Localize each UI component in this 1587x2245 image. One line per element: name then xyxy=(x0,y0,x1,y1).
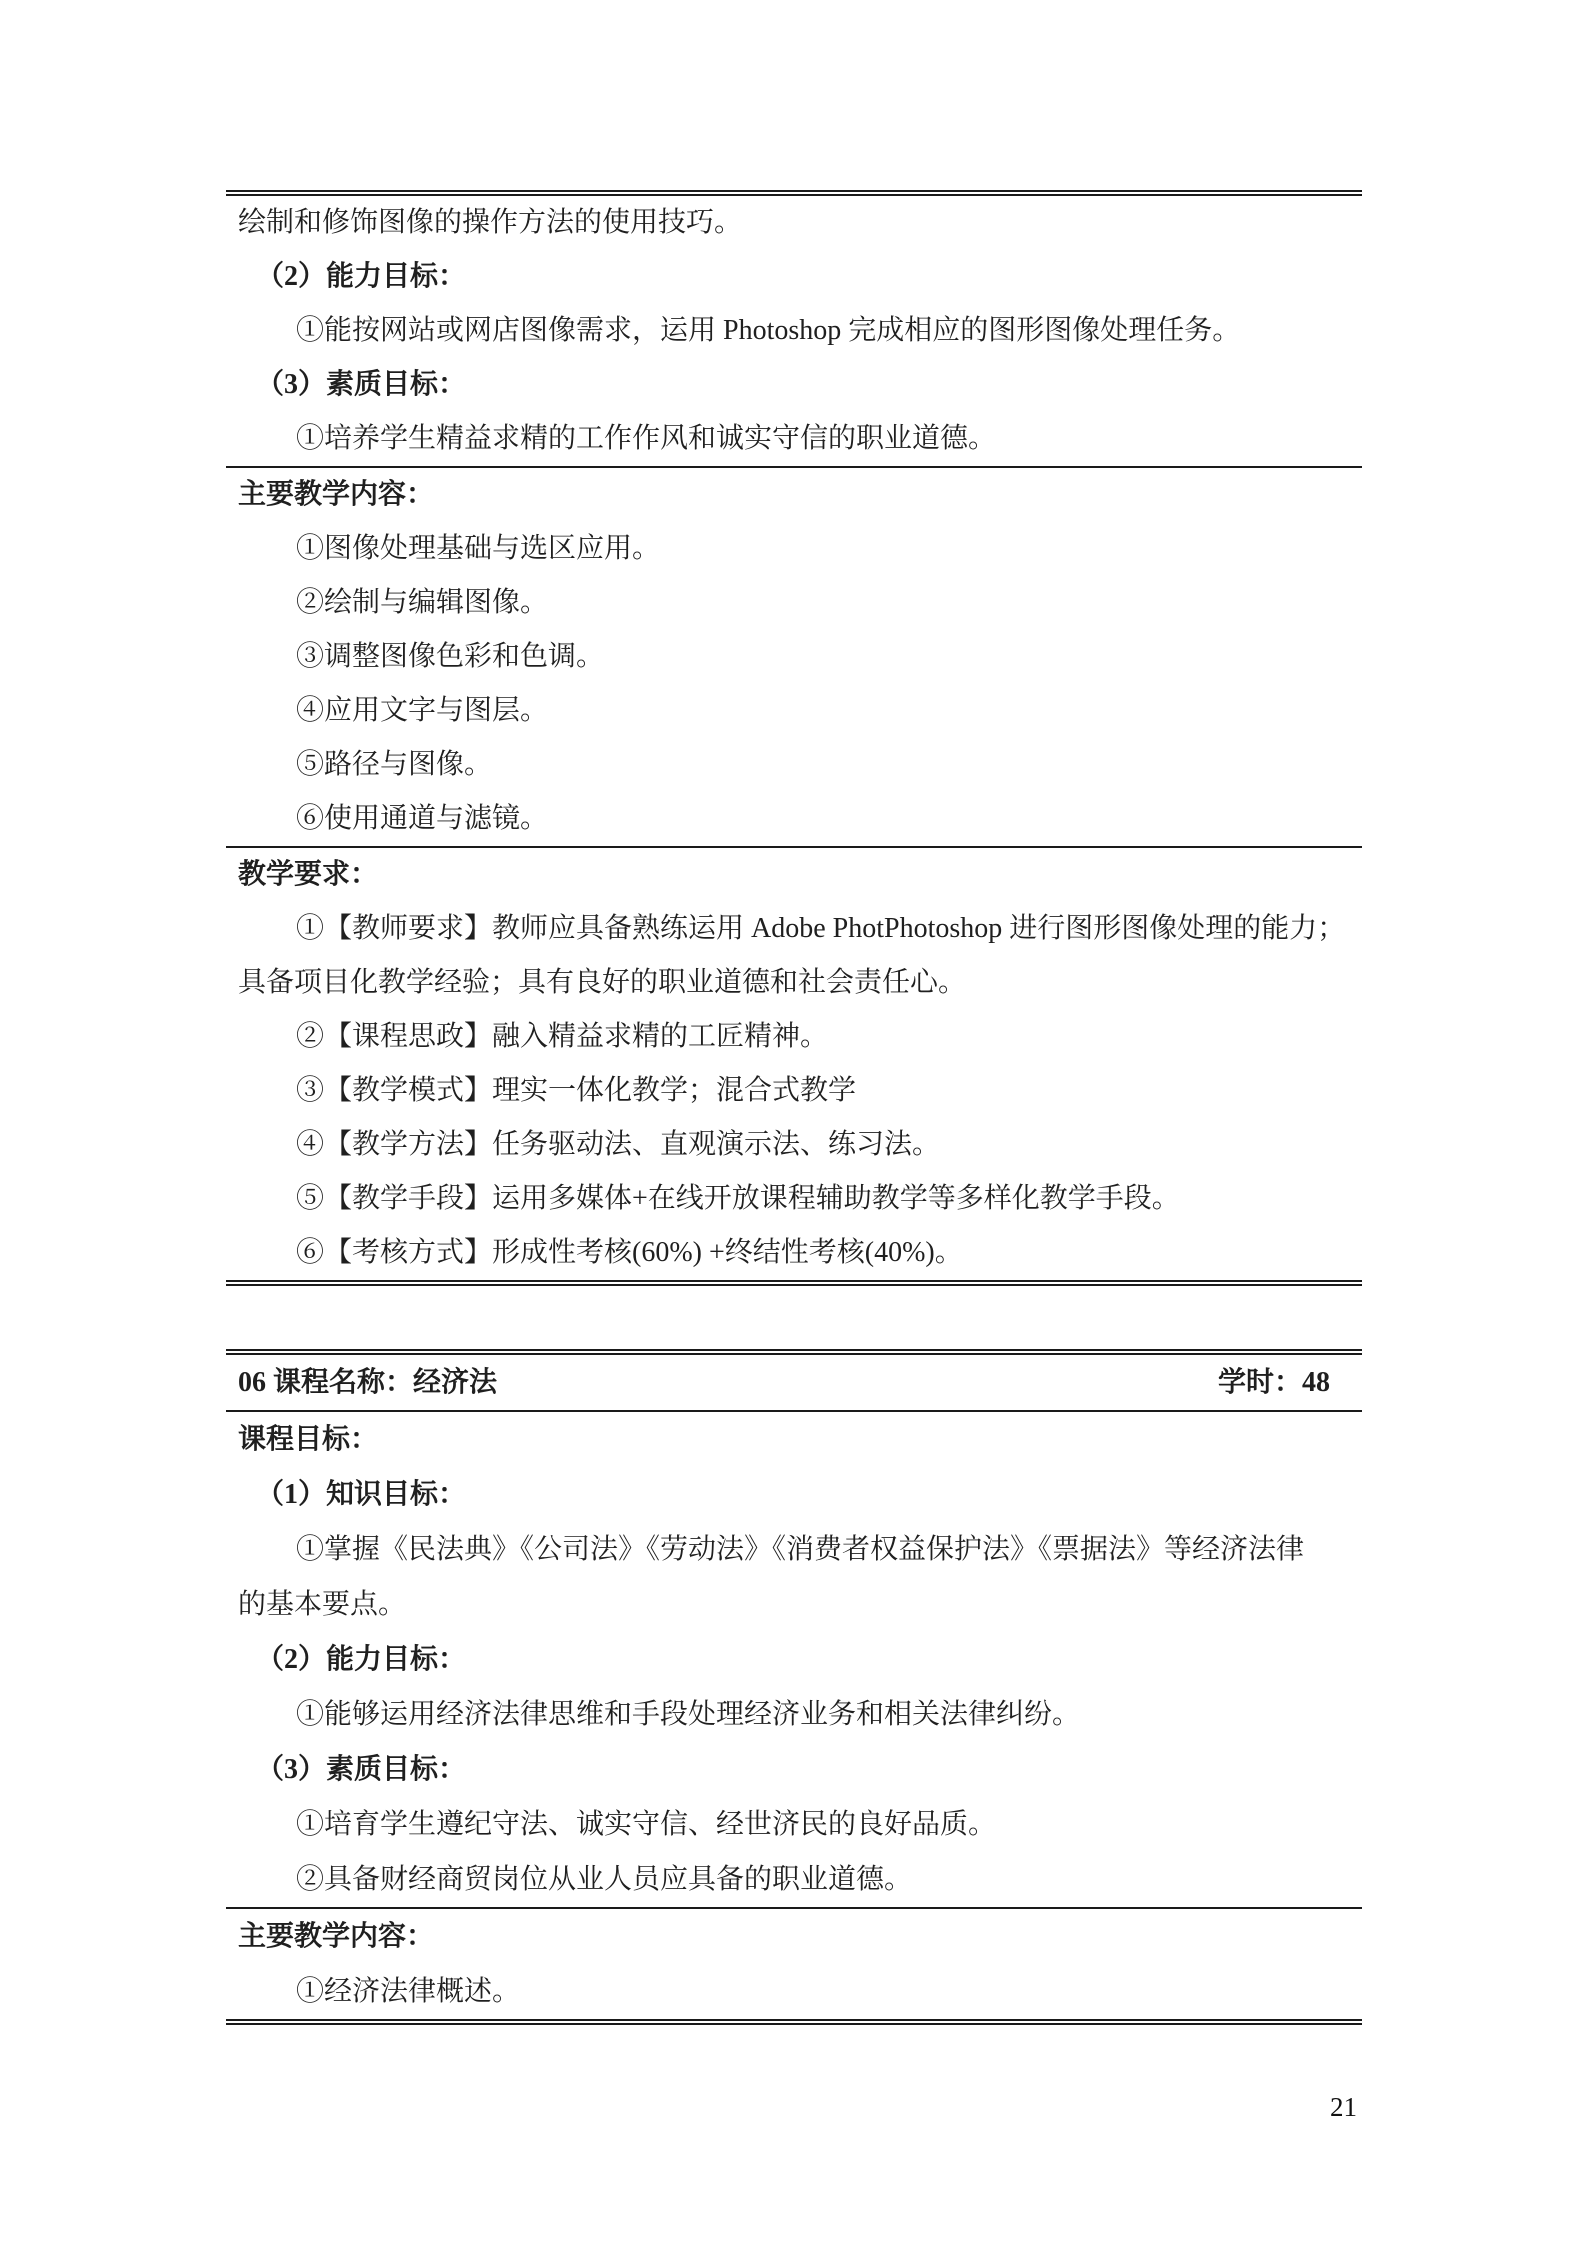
course-title: 06 课程名称：经济法 xyxy=(238,1355,497,1410)
course-goal-heading: 课程目标： xyxy=(226,1412,1362,1467)
quality-objective-item: ①培养学生精益求精的工作作风和诚实守信的职业道德。 xyxy=(226,412,1362,466)
quality-objective-heading: （3）素质目标： xyxy=(226,1742,1362,1797)
knowledge-objective-item-wrap: 的基本要点。 xyxy=(226,1577,1362,1632)
document-page: 绘制和修饰图像的操作方法的使用技巧。 （2）能力目标： ①能按网站或网店图像需求… xyxy=(0,0,1587,2245)
quality-objective-heading: （3）素质目标： xyxy=(226,358,1362,412)
quality-objective-item: ①培育学生遵纪守法、诚实守信、经世济民的良好品质。 xyxy=(226,1797,1362,1852)
teaching-requirement-item: ⑤【教学手段】运用多媒体+在线开放课程辅助教学等多样化教学手段。 xyxy=(226,1172,1362,1226)
teaching-content-item: ⑥使用通道与滤镜。 xyxy=(226,792,1362,846)
page-number: 21 xyxy=(1330,2090,1357,2124)
table-bottom-border xyxy=(226,1280,1362,1286)
course-hours: 学时：48 xyxy=(1218,1355,1330,1410)
course05-table: 绘制和修饰图像的操作方法的使用技巧。 （2）能力目标： ①能按网站或网店图像需求… xyxy=(226,190,1362,1286)
quality-objective-item: ②具备财经商贸岗位从业人员应具备的职业道德。 xyxy=(226,1852,1362,1907)
table-bottom-border xyxy=(226,2019,1362,2025)
ability-objective-heading: （2）能力目标： xyxy=(226,1632,1362,1687)
teaching-content-item: ⑤路径与图像。 xyxy=(226,738,1362,792)
knowledge-objective-heading: （1）知识目标： xyxy=(226,1467,1362,1522)
knowledge-objective-item: ①掌握《民法典》《公司法》《劳动法》《消费者权益保护法》《票据法》等经济法律 xyxy=(226,1522,1362,1577)
course-header-row: 06 课程名称：经济法 学时：48 xyxy=(226,1355,1362,1410)
teaching-content-item: ①经济法律概述。 xyxy=(226,1964,1362,2019)
teaching-content-item: ③调整图像色彩和色调。 xyxy=(226,630,1362,684)
teaching-requirement-item: ⑥【考核方式】形成性考核(60%) +终结性考核(40%)。 xyxy=(226,1226,1362,1280)
teaching-requirement-item: ④【教学方法】任务驱动法、直观演示法、练习法。 xyxy=(226,1118,1362,1172)
teaching-requirement-item: ③【教学模式】理实一体化教学；混合式教学 xyxy=(226,1064,1362,1118)
teaching-requirement-item: ①【教师要求】教师应具备熟练运用 Adobe PhotPhotoshop 进行图… xyxy=(226,902,1362,956)
ability-objective-heading: （2）能力目标： xyxy=(226,250,1362,304)
teaching-content-heading: 主要教学内容： xyxy=(226,468,1362,522)
teaching-content-item: ①图像处理基础与选区应用。 xyxy=(226,522,1362,576)
teaching-requirement-item: ②【课程思政】融入精益求精的工匠精神。 xyxy=(226,1010,1362,1064)
course06-table: 06 课程名称：经济法 学时：48 课程目标： （1）知识目标： ①掌握《民法典… xyxy=(226,1349,1362,2025)
continuation-text: 绘制和修饰图像的操作方法的使用技巧。 xyxy=(226,196,1362,250)
teaching-requirement-item-wrap: 具备项目化教学经验；具有良好的职业道德和社会责任心。 xyxy=(226,956,1362,1010)
teaching-content-item: ②绘制与编辑图像。 xyxy=(226,576,1362,630)
ability-objective-item: ①能按网站或网店图像需求，运用 Photoshop 完成相应的图形图像处理任务。 xyxy=(226,304,1362,358)
ability-objective-item: ①能够运用经济法律思维和手段处理经济业务和相关法律纠纷。 xyxy=(226,1687,1362,1742)
teaching-content-heading: 主要教学内容： xyxy=(226,1909,1362,1964)
teaching-requirements-heading: 教学要求： xyxy=(226,848,1362,902)
teaching-content-item: ④应用文字与图层。 xyxy=(226,684,1362,738)
